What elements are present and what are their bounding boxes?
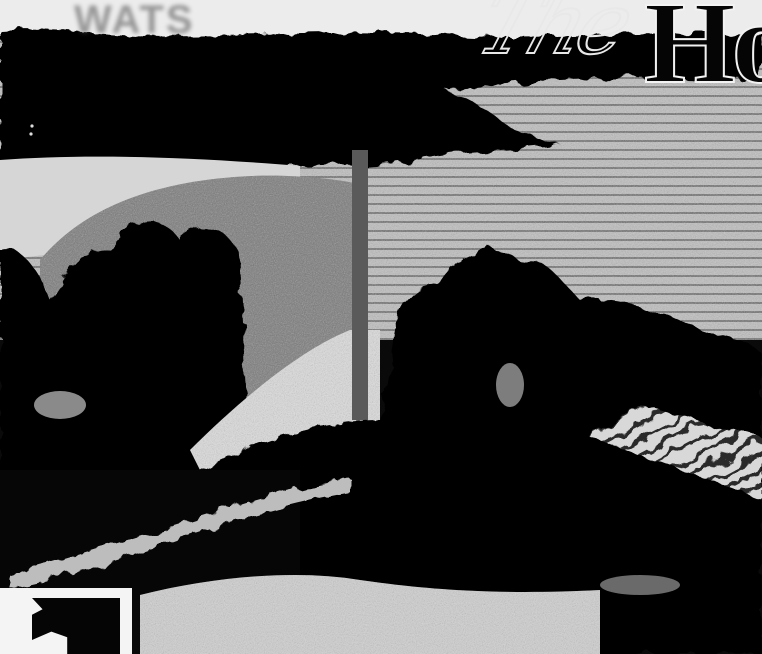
corner-glyph-shape [32, 598, 120, 654]
corner-graphic [0, 588, 132, 654]
newspaper-photo: WATS The Ho [0, 0, 762, 654]
landscape-illustration [0, 0, 762, 654]
